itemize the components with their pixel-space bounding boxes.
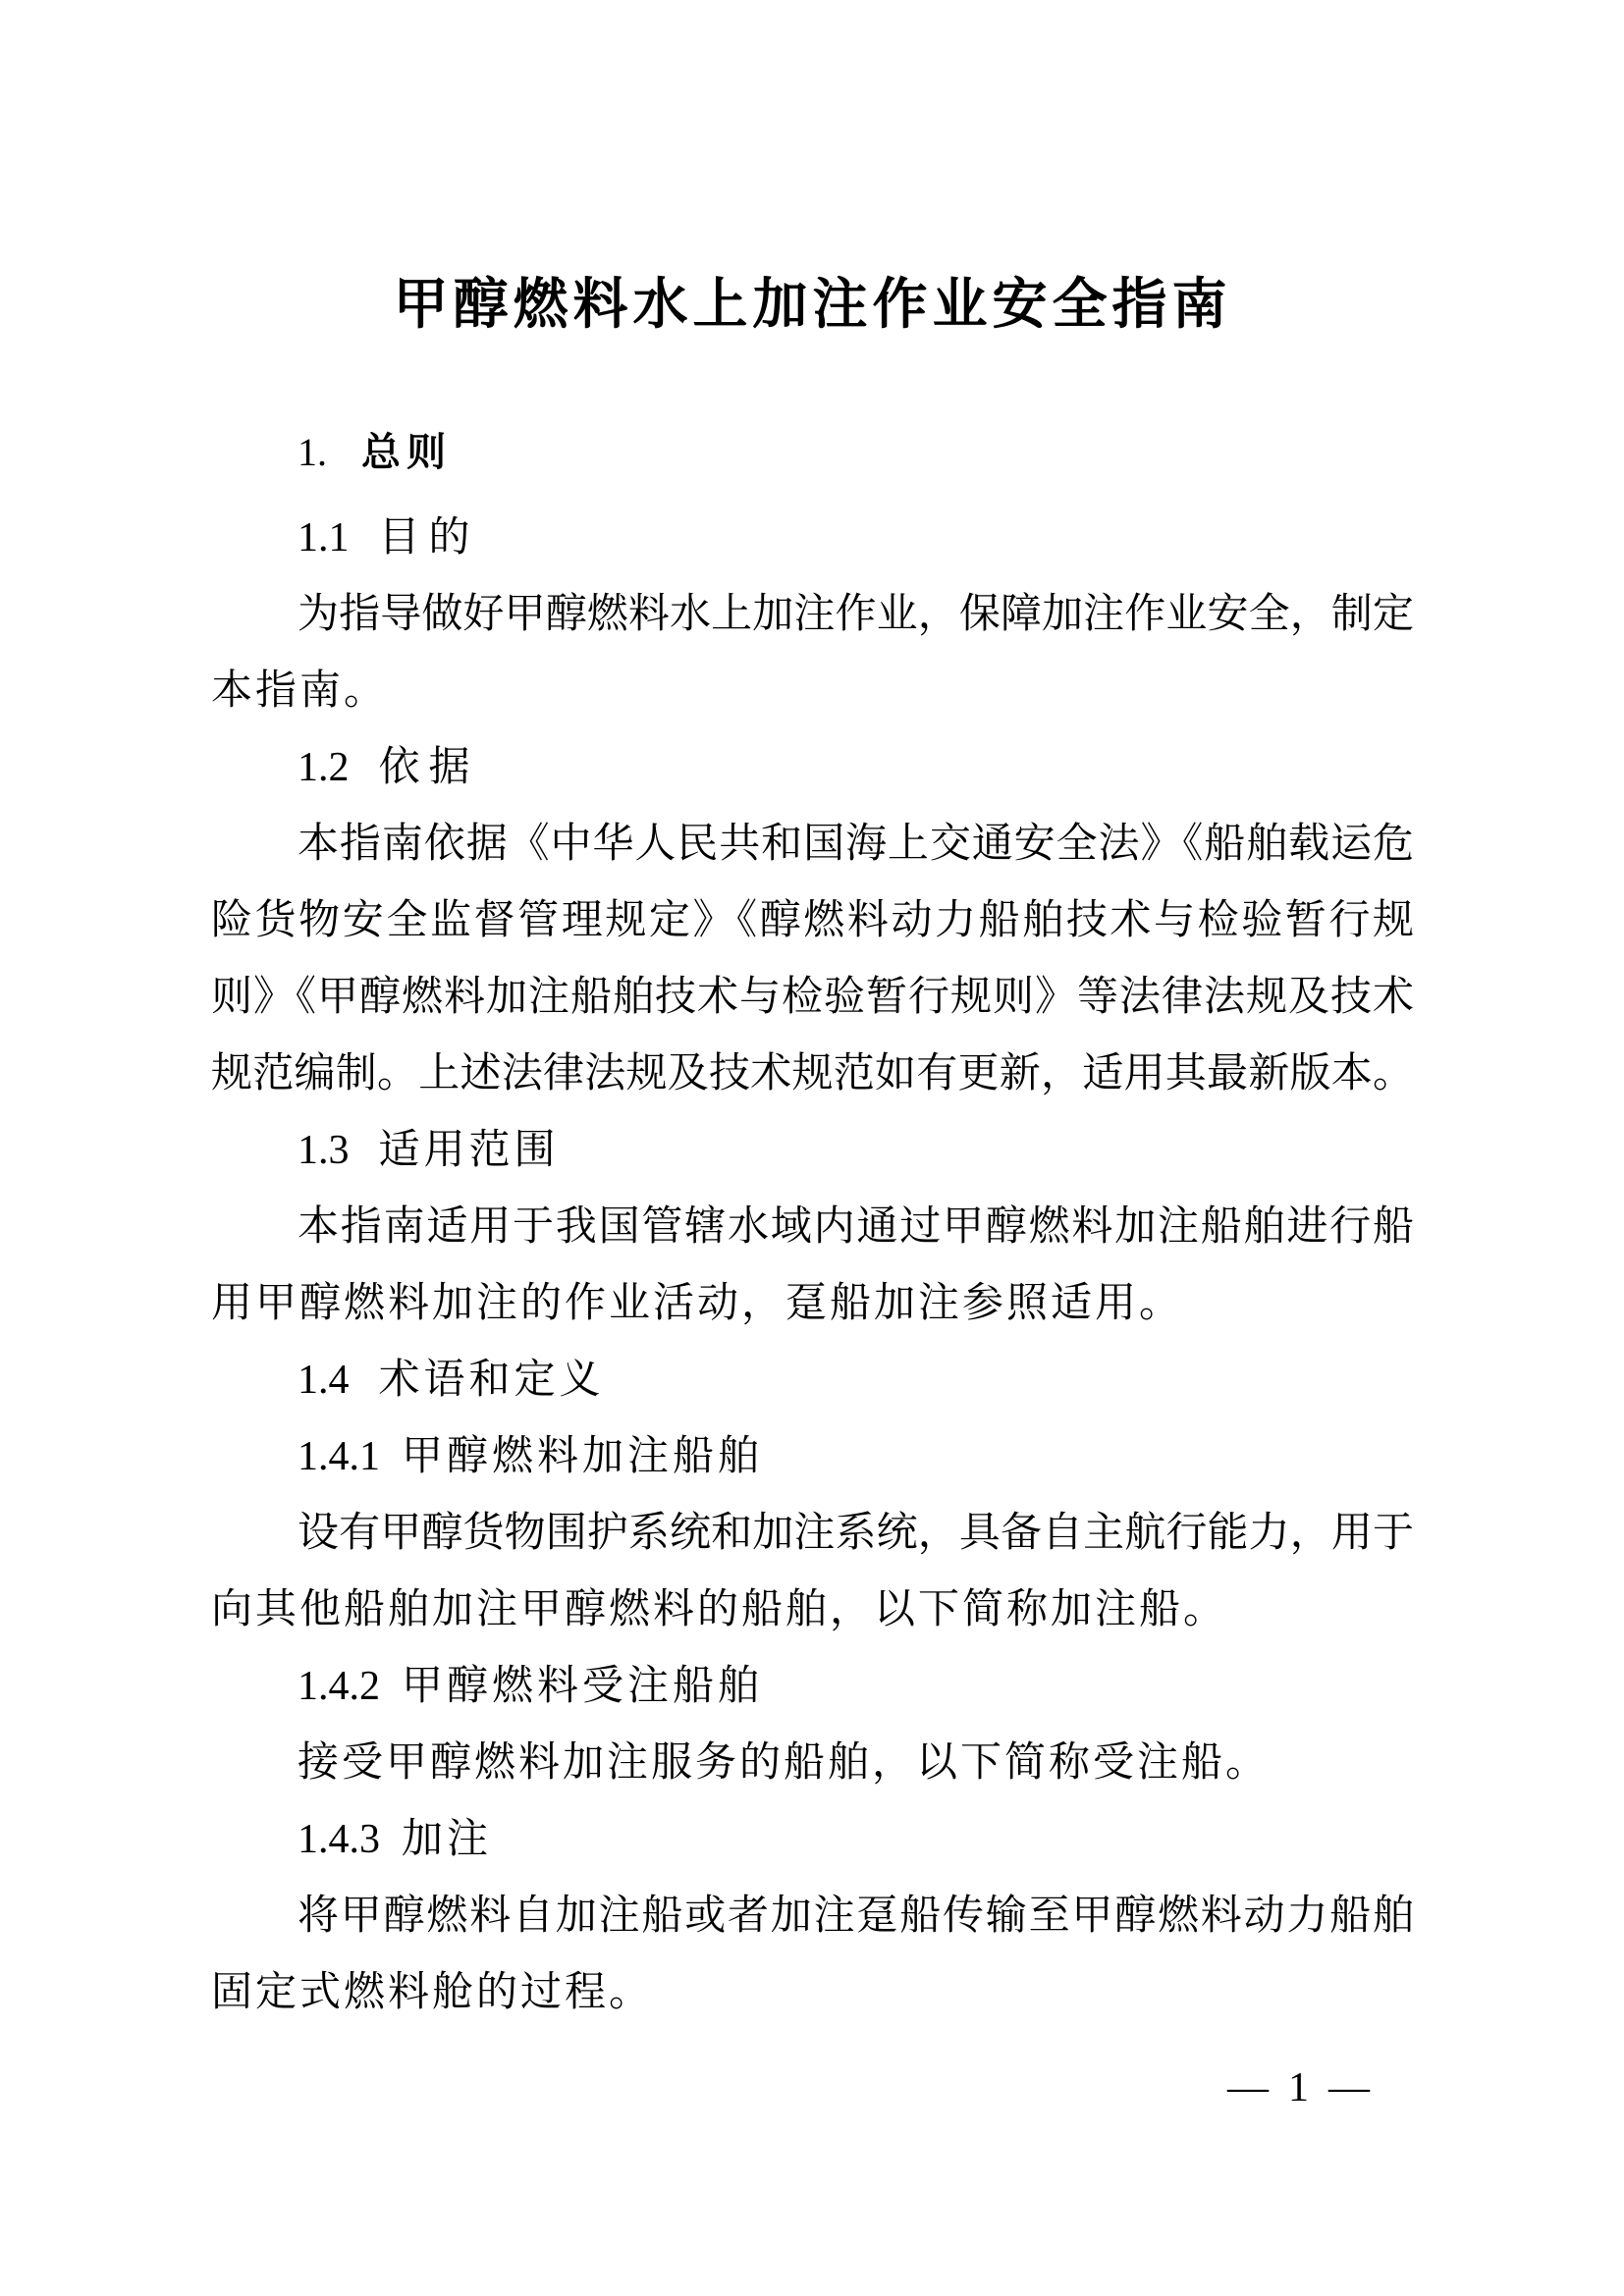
heading-1-4-1-number: 1.4.1 — [298, 1434, 380, 1479]
heading-1-4: 1.4术语和定义 — [211, 1342, 1414, 1418]
heading-1-4-number: 1.4 — [298, 1358, 350, 1403]
heading-1-4-3: 1.4.3加注 — [211, 1801, 1414, 1878]
paragraph-1-4-3-line-2: 固定式燃料舱的过程。 — [211, 1954, 1414, 2031]
heading-1-1-number: 1.1 — [298, 515, 350, 561]
heading-1-1: 1.1目的 — [211, 500, 1414, 576]
page-number: 1 — [1288, 2065, 1309, 2110]
document-page: 甲醇燃料水上加注作业安全指南 1.总则 1.1目的 为指导做好甲醇燃料水上加注作… — [0, 0, 1624, 2296]
paragraph-1-4-3-line-1: 将甲醇燃料自加注船或者加注趸船传输至甲醇燃料动力船舶 — [211, 1878, 1414, 1954]
heading-1-2-number: 1.2 — [298, 745, 350, 790]
heading-1-4-3-number: 1.4.3 — [298, 1817, 380, 1862]
document-title: 甲醇燃料水上加注作业安全指南 — [211, 273, 1414, 336]
heading-1-4-2-number: 1.4.2 — [298, 1664, 380, 1709]
heading-1-3: 1.3适用范围 — [211, 1112, 1414, 1189]
paragraph-1-2-line-3: 则》《甲醇燃料加注船舶技术与检验暂行规则》等法律法规及技术 — [211, 959, 1414, 1036]
heading-1-1-label: 目的 — [379, 515, 479, 561]
page-footer: —1— — [211, 2063, 1414, 2112]
paragraph-1-2-line-2: 险货物安全监督管理规定》《醇燃料动力船舶技术与检验暂行规 — [211, 882, 1414, 959]
heading-1-3-number: 1.3 — [298, 1128, 350, 1173]
paragraph-1-3-line-1: 本指南适用于我国管辖水域内通过甲醇燃料加注船舶进行船 — [211, 1189, 1414, 1265]
heading-1-2-label: 依据 — [379, 745, 479, 790]
chapter-number: 1. — [298, 430, 327, 474]
paragraph-1-4-1-line-2: 向其他船舶加注甲醇燃料的船舶，以下简称加注船。 — [211, 1572, 1414, 1648]
heading-1-4-label: 术语和定义 — [379, 1358, 605, 1403]
paragraph-1-2-line-4: 规范编制。上述法律法规及技术规范如有更新，适用其最新版本。 — [211, 1036, 1414, 1112]
heading-1-4-2: 1.4.2甲醇燃料受注船舶 — [211, 1648, 1414, 1725]
page-number-dash-left: — — [1227, 2065, 1269, 2110]
page-number-dash-right: — — [1328, 2065, 1370, 2110]
heading-1-4-2-label: 甲醇燃料受注船舶 — [402, 1664, 763, 1709]
paragraph-1-2-line-1: 本指南依据《中华人民共和国海上交通安全法》《船舶载运危 — [211, 806, 1414, 882]
heading-1-4-3-label: 加注 — [402, 1817, 492, 1862]
paragraph-1-4-1-line-1: 设有甲醇货物围护系统和加注系统，具备自主航行能力，用于 — [211, 1495, 1414, 1572]
document-content: 1.总则 1.1目的 为指导做好甲醇燃料水上加注作业，保障加注作业安全，制定 本… — [211, 430, 1414, 2112]
heading-1-3-label: 适用范围 — [379, 1128, 560, 1173]
paragraph-1-1-line-1: 为指导做好甲醇燃料水上加注作业，保障加注作业安全，制定 — [211, 576, 1414, 653]
paragraph-1-1-line-2: 本指南。 — [211, 653, 1414, 729]
paragraph-1-3-line-2: 用甲醇燃料加注的作业活动，趸船加注参照适用。 — [211, 1265, 1414, 1342]
heading-1-4-1-label: 甲醇燃料加注船舶 — [402, 1434, 763, 1479]
chapter-heading-1: 1.总则 — [211, 430, 1414, 475]
heading-1-4-1: 1.4.1甲醇燃料加注船舶 — [211, 1418, 1414, 1495]
heading-1-2: 1.2依据 — [211, 729, 1414, 806]
paragraph-1-4-2-line-1: 接受甲醇燃料加注服务的船舶，以下简称受注船。 — [211, 1725, 1414, 1801]
chapter-label: 总则 — [361, 431, 452, 474]
section-body: 1.1目的 为指导做好甲醇燃料水上加注作业，保障加注作业安全，制定 本指南。 1… — [211, 500, 1414, 2031]
